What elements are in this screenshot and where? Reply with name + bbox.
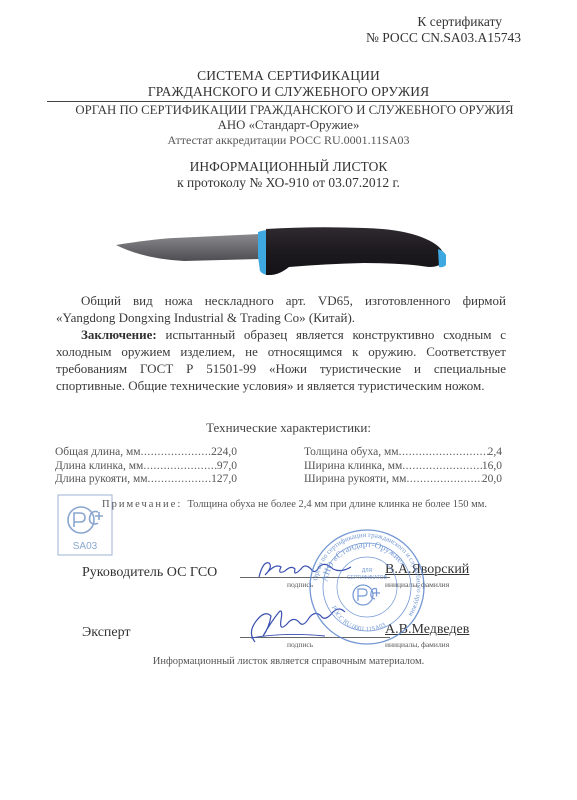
spec-row: Толщина обуха, мм2,4 <box>304 446 502 460</box>
spec-value: 16,0 <box>482 460 502 474</box>
certificate-reference-label: К сертификату <box>417 14 502 30</box>
protocol-reference: к протоколу № ХО-910 от 03.07.2012 г. <box>0 175 577 191</box>
spec-label: Общая длина, мм <box>55 446 141 460</box>
seal-inner-label-2: СЕРТИФИКАТОВ <box>347 575 388 581</box>
role-head: Руководитель ОС ГСО <box>82 565 217 581</box>
note-text: Толщина обуха не более 2,4 мм при длине … <box>188 499 488 510</box>
accreditation-certificate: Аттестат аккредитации РОСС RU.0001.11SA0… <box>0 133 577 148</box>
note-label: Примечание: <box>102 499 182 510</box>
spec-value: 2,4 <box>488 446 502 460</box>
conclusion-label: Заключение: <box>81 327 157 342</box>
header-divider <box>47 101 510 102</box>
specs-title: Технические характеристики: <box>0 420 577 436</box>
spec-value: 97,0 <box>217 460 237 474</box>
spec-row: Длина клинка, мм97,0 <box>55 460 237 474</box>
document-title: ИНФОРМАЦИОННЫЙ ЛИСТОК <box>0 159 577 175</box>
spec-value: 127,0 <box>211 473 237 487</box>
spec-label: Длина рукояти, мм <box>55 473 148 487</box>
spec-value: 224,0 <box>211 446 237 460</box>
organization-seal: Орган по сертификации гражданского и слу… <box>307 527 427 647</box>
conclusion-paragraph: Заключение: испытанный образец является … <box>56 326 506 394</box>
seal-inner-label-1: ДЛЯ <box>362 568 373 574</box>
spec-row: Ширина рукояти, мм20,0 <box>304 473 502 487</box>
certification-organ: ОРГАН ПО СЕРТИФИКАЦИИ ГРАЖДАНСКОГО И СЛУ… <box>6 103 577 118</box>
svg-text:РОСС RU.0001.11SA03: РОСС RU.0001.11SA03 <box>330 605 387 633</box>
knife-blade <box>116 234 260 261</box>
spec-row: Общая длина, мм224,0 <box>55 446 237 460</box>
knife-pommel-cap <box>438 249 446 267</box>
seal-pc-mark-icon <box>353 585 380 605</box>
specs-right-column: Толщина обуха, мм2,4 Ширина клинка, мм16… <box>304 446 502 487</box>
system-title-line1: СИСТЕМА СЕРТИФИКАЦИИ <box>0 68 577 84</box>
general-view-description: Общий вид ножа нескладного арт. VD65, из… <box>56 292 506 326</box>
knife-image <box>114 205 464 277</box>
role-expert: Эксперт <box>82 625 131 641</box>
spec-label: Ширина рукояти, мм <box>304 473 406 487</box>
stamp-code: SA03 <box>73 541 98 552</box>
pc-mark-icon <box>68 507 103 533</box>
note: Примечание: Толщина обуха не более 2,4 м… <box>102 499 487 510</box>
certificate-number: № РОСС CN.SA03.A15743 <box>366 30 521 46</box>
knife-handle <box>266 227 444 275</box>
spec-value: 20,0 <box>482 473 502 487</box>
spec-label: Толщина обуха, мм <box>304 446 399 460</box>
spec-label: Ширина клинка, мм <box>304 460 402 474</box>
system-title-line2: ГРАЖДАНСКОГО И СЛУЖЕБНОГО ОРУЖИЯ <box>0 84 577 100</box>
organization-name: АНО «Стандарт-Оружие» <box>0 118 577 133</box>
spec-label: Длина клинка, мм <box>55 460 143 474</box>
footer-note: Информационный листок является справочны… <box>0 656 577 667</box>
spec-row: Длина рукояти, мм127,0 <box>55 473 237 487</box>
specs-left-column: Общая длина, мм224,0 Длина клинка, мм97,… <box>55 446 237 487</box>
spec-row: Ширина клинка, мм16,0 <box>304 460 502 474</box>
seal-bottom-text: РОСС RU.0001.11SA03 <box>330 605 387 633</box>
